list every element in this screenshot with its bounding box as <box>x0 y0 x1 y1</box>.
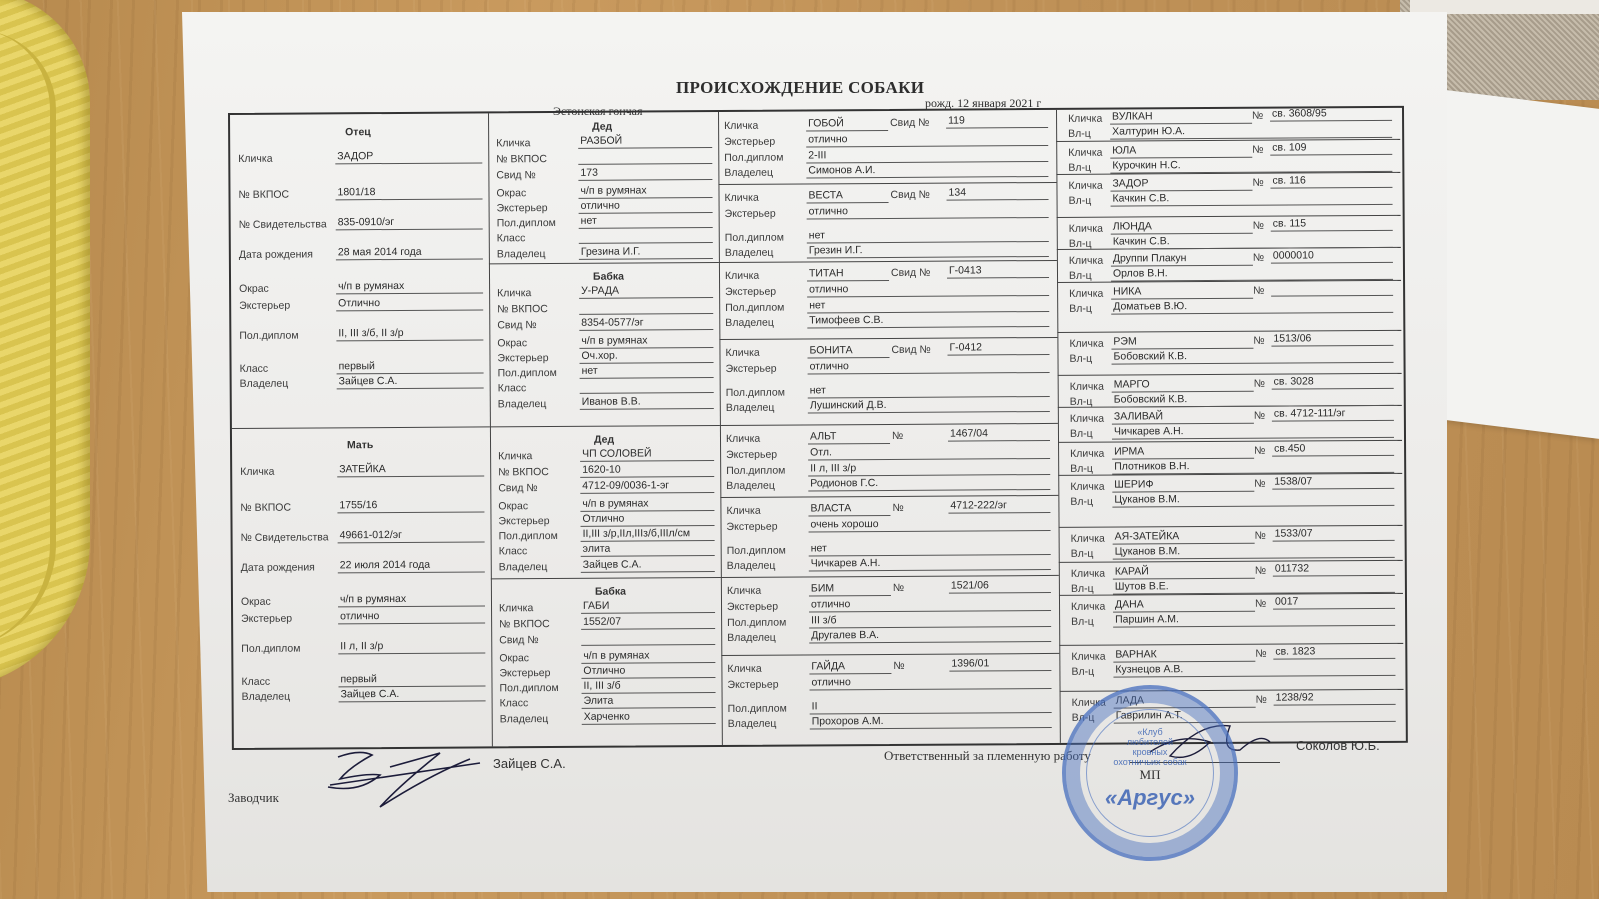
gggp-name-value: АЯ-ЗАТЕЙКА <box>1113 530 1255 545</box>
ggp-exterior-label: Экстерьер <box>726 363 777 375</box>
gggp-num-label: № <box>1254 378 1265 390</box>
woven-basket-rim <box>0 30 56 650</box>
gggp-name-value: ВУЛКАН <box>1110 110 1252 125</box>
gggp-name-value: НИКА <box>1111 285 1253 300</box>
father-diploma-value: II, III з/б, II з/р <box>336 326 483 341</box>
mother-color-value: ч/п в румянах <box>338 592 485 607</box>
gggp-name-value: ВАРНАК <box>1113 648 1255 663</box>
grandparent-exterior-value: Отлично <box>580 512 714 527</box>
ggp-exterior-value: Отл. <box>808 445 1050 460</box>
ggp-name-label: Кличка <box>725 347 759 359</box>
gggp-num-label: № <box>1254 478 1265 490</box>
ggp-name-label: Кличка <box>726 505 760 517</box>
gggp-owner-value: Качкин С.В. <box>1111 191 1393 207</box>
father-class-value: первый <box>337 359 484 374</box>
ggp-name-value: ГАЙДА <box>809 660 891 675</box>
gggp-owner-value: Цуканов В.М. <box>1113 544 1395 560</box>
grandparent-color-label: Окрас <box>496 187 526 199</box>
ggp-exterior-label: Экстерьер <box>727 679 778 691</box>
ggp-name-label: Кличка <box>724 120 758 132</box>
gggp-name-label: Кличка <box>1069 338 1103 350</box>
grandparent-svid-value: 8354-0577/эг <box>579 316 713 331</box>
gggp-owner-value: Плотников В.Н. <box>1112 459 1394 475</box>
gggp-name-value: ЗАЛИВАЙ <box>1112 410 1254 425</box>
gggp-num-value <box>1271 282 1393 297</box>
grandparent-name-value: ЧП СОЛОВЕЙ <box>580 447 714 462</box>
grandparent-vkpos-value <box>579 300 713 315</box>
grandparent-vkpos-value: 1620-10 <box>580 463 714 478</box>
ggp-exterior-label: Экстерьер <box>725 286 776 298</box>
ggp-diploma-value: нет <box>807 298 1049 313</box>
grandparent-svid-label: Свид № <box>497 319 536 331</box>
ggp-exterior-value: отлично <box>807 204 1049 219</box>
gggp-owner-label: Вл-ц <box>1068 128 1091 140</box>
gggp-num-value: 011732 <box>1273 562 1395 577</box>
gggp-num-label: № <box>1254 410 1265 422</box>
ggp-exterior-value: отлично <box>807 282 1049 297</box>
gggp-owner-label: Вл-ц <box>1071 583 1094 595</box>
mother-dob-value: 22 июля 2014 года <box>338 558 485 573</box>
gggp-name-value: РЭМ <box>1111 335 1253 350</box>
grandparent-diploma-label: Пол.диплом <box>499 682 558 694</box>
ggp-num-value: 1521/06 <box>949 579 1051 594</box>
gggp-owner-label: Вл-ц <box>1071 548 1094 560</box>
gggp-num-label: № <box>1255 565 1266 577</box>
grandparent-owner-value: Харченко <box>582 710 716 725</box>
grandparent-header: Дед <box>592 121 612 133</box>
gggp-owner-value: Цуканов В.М. <box>1112 492 1394 508</box>
gggp-num-value: св. 1823 <box>1273 645 1395 660</box>
ggp-name-value: ТИТАН <box>807 267 889 282</box>
ggp-name-value: АЛЬТ <box>808 430 890 445</box>
gggp-num-value: 1238/92 <box>1274 691 1396 706</box>
gggp-owner-value: Халтурин Ю.А. <box>1110 124 1392 140</box>
responsible-name: Соколов Ю.Б. <box>1296 738 1380 753</box>
grandparent-owner-label: Владелец <box>499 561 548 573</box>
ggp-exterior-label: Экстерьер <box>725 208 776 220</box>
gggp-owner-label: Вл-ц <box>1069 195 1092 207</box>
grandparent-name-label: Кличка <box>496 137 530 149</box>
father-color-value: ч/п в румянах <box>336 279 483 294</box>
ggp-name-value: ВЛАСТА <box>808 502 890 517</box>
gggp-name-label: Кличка <box>1068 113 1102 125</box>
grandparent-diploma-value: II,III з/р,IIл,IIIз/б,IIIл/см <box>581 527 715 542</box>
gggp-owner-value: Курочкин Н.С. <box>1110 158 1392 174</box>
gggp-name-value: ИРМА <box>1112 445 1254 460</box>
ggp-diploma-value: II <box>810 699 1052 714</box>
grandparent-owner-label: Владелец <box>497 248 546 260</box>
gggp-num-label: № <box>1252 177 1263 189</box>
grandparent-class-label: Класс <box>500 697 529 709</box>
gggp-owner-label: Вл-ц <box>1070 496 1093 508</box>
gggp-owner-value: Чичкарев А.Н. <box>1112 424 1394 440</box>
ggp-diploma-label: Пол.диплом <box>724 152 783 164</box>
ggp-num-label: № <box>892 502 903 514</box>
gggp-num-label: № <box>1253 335 1264 347</box>
gggp-num-value: 1538/07 <box>1272 475 1394 490</box>
grandparent-color-label: Окрас <box>499 652 529 664</box>
mother-diploma-label: Пол.диплом <box>241 643 300 655</box>
grandparent-owner-value: Иванов В.В. <box>580 395 714 410</box>
ggp-exterior-value: отлично <box>809 597 1051 612</box>
grandparent-color-value: ч/п в румянах <box>581 649 715 664</box>
gggp-num-label: № <box>1253 220 1264 232</box>
gggp-name-value: ШЕРИФ <box>1112 478 1254 493</box>
ggp-owner-label: Владелец <box>724 167 773 179</box>
mother-certificate-value: 49661-012/эг <box>338 528 485 543</box>
ggp-name-label: Кличка <box>726 433 760 445</box>
mother-dob-label: Дата рождения <box>241 561 315 573</box>
father-exterior-value: Отлично <box>336 296 483 311</box>
father-name-label: Кличка <box>238 153 272 165</box>
grandparent-svid-label: Свид № <box>499 634 538 646</box>
ggp-diploma-label: Пол.диплом <box>727 545 786 557</box>
responsible-label: Ответственный за племенную работу <box>884 748 1091 764</box>
gggp-owner-label: Вл-ц <box>1070 428 1093 440</box>
ggp-exterior-value: отлично <box>806 132 1048 147</box>
gggp-name-label: Кличка <box>1071 568 1105 580</box>
gggp-name-label: Кличка <box>1070 448 1104 460</box>
ggp-num-label: Свид № <box>891 344 930 356</box>
father-header: Отец <box>345 126 371 138</box>
ggp-owner-label: Владелец <box>726 480 775 492</box>
mother-color-label: Окрас <box>241 596 271 608</box>
gggp-num-label: № <box>1255 598 1266 610</box>
ggp-name-value: БИМ <box>809 582 891 597</box>
grandparent-header: Бабка <box>595 586 626 598</box>
mother-vkpos-value: 1755/16 <box>337 498 484 513</box>
gggp-num-label: № <box>1253 252 1264 264</box>
gggp-owner-label: Вл-ц <box>1071 666 1094 678</box>
ggp-diploma-value: нет <box>809 541 1051 556</box>
gggp-num-value: св. 3028 <box>1272 375 1394 390</box>
gggp-num-label: № <box>1256 694 1267 706</box>
ggp-num-label: № <box>892 430 903 442</box>
ggp-num-value: 119 <box>946 114 1048 129</box>
mother-owner-label: Владелец <box>242 691 291 703</box>
gggp-num-value: 1533/07 <box>1273 527 1395 542</box>
grandparent-diploma-label: Пол.диплом <box>497 217 556 229</box>
father-certificate-value: 835-0910/эг <box>336 215 483 230</box>
grandparent-header: Дед <box>594 434 614 446</box>
ggp-diploma-label: Пол.диплом <box>728 703 787 715</box>
grandparent-exterior-label: Экстерьер <box>498 515 549 527</box>
gggp-owner-value: Шутов В.Е. <box>1113 579 1395 595</box>
ggp-num-value: Г-0413 <box>947 264 1049 279</box>
gggp-name-value: ЮЛА <box>1110 144 1252 159</box>
ggp-diploma-value: нет <box>807 228 1049 243</box>
gggp-owner-label: Вл-ц <box>1069 353 1092 365</box>
mother-exterior-label: Экстерьер <box>241 613 292 625</box>
gggp-owner-value: Бобовский К.В. <box>1112 392 1394 408</box>
grandparent-class-value: Элита <box>582 694 716 709</box>
father-vkpos-value: 1801/18 <box>335 185 482 200</box>
ggp-owner-label: Владелец <box>725 317 774 329</box>
grandparent-svid-label: Свид № <box>496 169 535 181</box>
ggp-owner-value: Симонов А.И. <box>806 163 1048 178</box>
breeder-signature <box>320 745 490 815</box>
grandparent-name-value: У-РАДА <box>579 284 713 299</box>
grandparent-exterior-value: Оч.хор. <box>579 349 713 364</box>
gggp-owner-label: Вл-ц <box>1068 162 1091 174</box>
ggp-name-label: Кличка <box>727 663 761 675</box>
gggp-name-value: ДАНА <box>1113 598 1255 613</box>
gggp-owner-value: Качкин С.В. <box>1111 234 1393 250</box>
gggp-num-value: 0017 <box>1273 595 1395 610</box>
grandparent-class-label: Класс <box>498 382 527 394</box>
father-diploma-label: Пол.диплом <box>239 330 298 342</box>
father-dob-label: Дата рождения <box>239 248 313 260</box>
ggp-owner-label: Владелец <box>726 402 775 414</box>
gggp-owner-value: Кузнецов А.В. <box>1113 662 1395 678</box>
ggp-num-value: 134 <box>946 186 1048 201</box>
ggp-diploma-label: Пол.диплом <box>726 465 785 477</box>
ggp-owner-value: Прохоров А.М. <box>810 714 1052 729</box>
mother-class-value: первый <box>338 672 485 687</box>
grandparent-class-value <box>579 229 713 244</box>
gggp-name-value: МАРГО <box>1112 378 1254 393</box>
gggp-name-value: ЗАДОР <box>1110 177 1252 192</box>
ggp-diploma-value: 2-III <box>806 148 1048 163</box>
father-name-value: ЗАДОР <box>335 149 482 164</box>
mother-class-label: Класс <box>241 676 270 688</box>
ggp-exterior-label: Экстерьер <box>727 601 778 613</box>
breeder-name: Зайцев С.А. <box>493 756 566 771</box>
gggp-num-value: 1513/06 <box>1271 332 1393 347</box>
ggp-owner-value: Другалев В.А. <box>809 628 1051 643</box>
grandparent-class-value: элита <box>581 542 715 557</box>
father-dob-value: 28 мая 2014 года <box>336 245 483 260</box>
ggp-owner-label: Владелец <box>727 632 776 644</box>
gggp-owner-value: Доматьев В.Ю. <box>1111 299 1393 315</box>
grandparent-color-value: ч/п в румянах <box>578 184 712 199</box>
father-vkpos-label: № ВКПОС <box>238 189 289 201</box>
gggp-num-label: № <box>1254 445 1265 457</box>
mother-certificate-label: № Свидетельства <box>241 531 329 544</box>
ggp-diploma-label: Пол.диплом <box>725 232 784 244</box>
ggp-diploma-label: Пол.диплом <box>727 617 786 629</box>
grandparent-owner-label: Владелец <box>500 713 549 725</box>
grandparent-name-label: Кличка <box>498 450 532 462</box>
mother-owner-value: Зайцев С.А. <box>339 687 486 702</box>
gggp-name-label: Кличка <box>1070 381 1104 393</box>
grandparent-color-value: ч/п в румянах <box>579 334 713 349</box>
gggp-name-label: Кличка <box>1071 651 1105 663</box>
gggp-name-label: Кличка <box>1070 413 1104 425</box>
gggp-name-label: Кличка <box>1069 223 1103 235</box>
club-stamp: «Клуб любителей кровных охотничьих собак… <box>1062 685 1238 861</box>
father-class-label: Класс <box>240 363 269 375</box>
document-title: ПРОИСХОЖДЕНИЕ СОБАКИ <box>676 78 924 98</box>
ggp-name-value: БОНИТА <box>807 344 889 359</box>
gggp-num-value: св. 116 <box>1270 174 1392 189</box>
grandparent-svid-value: 173 <box>578 166 712 181</box>
ggp-exterior-value: отлично <box>809 675 1051 690</box>
grandparent-diploma-value: нет <box>580 364 714 379</box>
father-exterior-label: Экстерьер <box>239 300 290 312</box>
gggp-num-value: св. 109 <box>1270 141 1392 156</box>
gggp-name-label: Кличка <box>1071 533 1105 545</box>
ggp-name-label: Кличка <box>725 270 759 282</box>
gggp-num-value: св. 3608/95 <box>1270 107 1392 122</box>
ggp-name-value: ГОБОЙ <box>806 117 888 132</box>
ggp-num-label: Свид № <box>890 189 929 201</box>
mother-diploma-value: II л, II з/р <box>338 639 485 654</box>
gggp-num-label: № <box>1252 144 1263 156</box>
grandparent-header: Бабка <box>593 271 624 283</box>
grandparent-class-label: Класс <box>499 545 528 557</box>
ggp-num-value: Г-0412 <box>947 341 1049 356</box>
ggp-owner-label: Владелец <box>727 560 776 572</box>
grandparent-exterior-value: Отлично <box>581 664 715 679</box>
grandparent-name-label: Кличка <box>499 602 533 614</box>
ggp-exterior-label: Экстерьер <box>726 449 777 461</box>
grandparent-diploma-label: Пол.диплом <box>498 367 557 379</box>
ggp-num-label: № <box>893 582 904 594</box>
gggp-owner-label: Вл-ц <box>1070 463 1093 475</box>
mother-exterior-value: отлично <box>338 609 485 624</box>
ggp-owner-value: Родионов Г.С. <box>808 476 1050 491</box>
grandparent-vkpos-label: № ВКПОС <box>499 618 550 630</box>
grandparent-color-label: Окрас <box>498 500 528 512</box>
gggp-owner-label: Вл-ц <box>1070 396 1093 408</box>
grandparent-vkpos-label: № ВКПОС <box>498 466 549 478</box>
grandparent-owner-label: Владелец <box>498 398 547 410</box>
gggp-name-value: ЛЮНДА <box>1111 220 1253 235</box>
mother-name-value: ЗАТЕЙКА <box>337 462 484 477</box>
gggp-num-label: № <box>1255 530 1266 542</box>
grandparent-vkpos-label: № ВКПОС <box>496 153 547 165</box>
ggp-exterior-label: Экстерьер <box>727 521 778 533</box>
gggp-name-label: Кличка <box>1071 601 1105 613</box>
ggp-diploma-value: II л, III з/р <box>808 461 1050 476</box>
ggp-name-value: ВЕСТА <box>806 189 888 204</box>
grandparent-svid-label: Свид № <box>498 482 537 494</box>
breeder-label: Заводчик <box>228 790 279 806</box>
ggp-name-label: Кличка <box>727 585 761 597</box>
ggp-num-label: Свид № <box>891 267 930 279</box>
gggp-name-value: Друппи Плакун <box>1111 252 1253 267</box>
grandparent-class-value <box>580 379 714 394</box>
grandparent-diploma-value: II, III з/б <box>581 679 715 694</box>
mother-vkpos-label: № ВКПОС <box>240 502 291 514</box>
ggp-diploma-label: Пол.диплом <box>725 302 784 314</box>
gggp-num-label: № <box>1255 648 1266 660</box>
ggp-diploma-value: III з/б <box>809 613 1051 628</box>
father-owner-label: Владелец <box>240 378 289 390</box>
gggp-num-value: св. 4712-111/эг <box>1272 407 1394 422</box>
gggp-num-label: № <box>1253 285 1264 297</box>
ggp-owner-label: Владелец <box>728 718 777 730</box>
gggp-owner-value: Орлов В.Н. <box>1111 266 1393 282</box>
grandparent-diploma-label: Пол.диплом <box>499 530 558 542</box>
grandparent-owner-value: Зайцев С.А. <box>581 558 715 573</box>
ggp-num-value: 4712-222/эг <box>948 499 1050 514</box>
gggp-name-label: Кличка <box>1069 288 1103 300</box>
grandparent-name-value: РАЗБОЙ <box>578 134 712 149</box>
ggp-owner-value: Тимофеев С.В. <box>807 313 1049 328</box>
mother-name-label: Кличка <box>240 466 274 478</box>
grandparent-exterior-label: Экстерьер <box>497 202 548 214</box>
grandparent-diploma-value: нет <box>579 214 713 229</box>
grandparent-name-value: ГАБИ <box>581 599 715 614</box>
gggp-name-label: Кличка <box>1068 147 1102 159</box>
gggp-num-value: св. 115 <box>1271 217 1393 232</box>
ggp-exterior-label: Экстерьер <box>724 136 775 148</box>
grandparent-owner-value: Грезина И.Г. <box>579 245 713 260</box>
father-owner-value: Зайцев С.А. <box>337 374 484 389</box>
grandparent-exterior-value: отлично <box>579 199 713 214</box>
grandparent-svid-value: 4712-09/0036-1-эг <box>580 479 714 494</box>
grandparent-svid-value <box>581 631 715 646</box>
ggp-exterior-value: очень хорошо <box>808 517 1050 532</box>
grandparent-color-label: Окрас <box>497 337 527 349</box>
ggp-diploma-label: Пол.диплом <box>726 387 785 399</box>
gggp-owner-value: Паршин А.М. <box>1113 612 1395 628</box>
ggp-owner-value: Чичкарев А.Н. <box>809 556 1051 571</box>
ggp-owner-value: Лушинский Д.В. <box>808 398 1050 413</box>
ggp-num-value: 1467/04 <box>948 427 1050 442</box>
gggp-name-label: Кличка <box>1068 180 1102 192</box>
ggp-owner-value: Грезин И.Г. <box>807 243 1049 258</box>
grandparent-vkpos-value: 1552/07 <box>581 615 715 630</box>
gggp-num-value: св.450 <box>1272 442 1394 457</box>
father-color-label: Окрас <box>239 283 269 295</box>
ggp-num-label: Свид № <box>890 117 929 129</box>
pedigree-table: ОтецКличкаЗАДОР№ ВКПОС1801/18№ Свидетель… <box>228 106 1408 750</box>
ggp-owner-label: Владелец <box>725 247 774 259</box>
gggp-owner-value: Бобовский К.В. <box>1111 349 1393 365</box>
grandparent-exterior-label: Экстерьер <box>497 352 548 364</box>
gggp-owner-label: Вл-ц <box>1069 270 1092 282</box>
grandparent-exterior-label: Экстерьер <box>499 667 550 679</box>
gggp-name-label: Кличка <box>1069 255 1103 267</box>
grandparent-class-label: Класс <box>497 232 526 244</box>
gggp-owner-label: Вл-ц <box>1069 303 1092 315</box>
gggp-owner-label: Вл-ц <box>1071 616 1094 628</box>
ggp-num-value: 1396/01 <box>949 657 1051 672</box>
grandparent-vkpos-label: № ВКПОС <box>497 303 548 315</box>
grandparent-vkpos-value <box>578 150 712 165</box>
ggp-exterior-value: отлично <box>808 359 1050 374</box>
grandparent-color-value: ч/п в румянах <box>580 497 714 512</box>
mother-header: Мать <box>347 439 373 451</box>
ggp-name-label: Кличка <box>724 192 758 204</box>
ggp-num-label: № <box>893 660 904 672</box>
gggp-name-label: Кличка <box>1070 481 1104 493</box>
gggp-owner-label: Вл-ц <box>1069 238 1092 250</box>
ggp-diploma-value: нет <box>808 383 1050 398</box>
gggp-num-label: № <box>1252 110 1263 122</box>
father-certificate-label: № Свидетельства <box>239 218 327 231</box>
gggp-num-value: 0000010 <box>1271 249 1393 264</box>
grandparent-name-label: Кличка <box>497 287 531 299</box>
gggp-name-value: КАРАЙ <box>1113 565 1255 580</box>
